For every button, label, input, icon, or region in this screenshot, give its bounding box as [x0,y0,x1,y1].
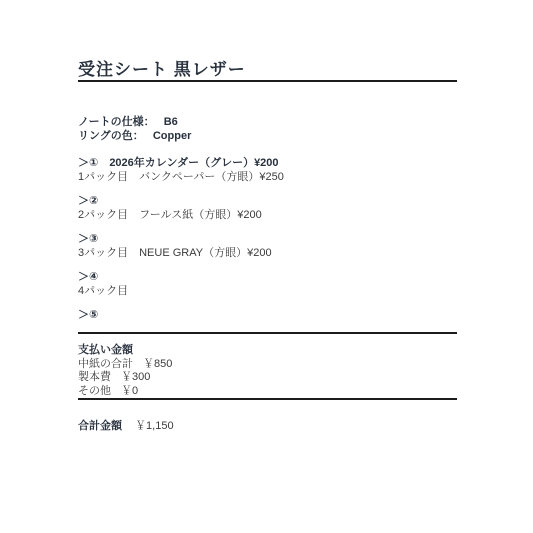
list-item: ＞② 2パック目 フールス紙（方眼）¥200 [78,194,457,222]
list-item: ＞① 2026年カレンダー（グレー）¥200 1パック目 バンクペーパー（方眼）… [78,156,457,184]
spec-notebook-line: ノートの仕様： B6 [78,115,457,129]
item-2-heading: ＞② [78,194,457,208]
payment-row-paper-total-value: ￥850 [143,358,172,370]
item-4-detail: 4パック目 [78,284,457,298]
payment-row-other: その他 ￥0 [78,385,457,399]
list-item: ＞④ 4パック目 [78,270,457,298]
payment-row-other-label: その他 [78,385,111,397]
payment-header: 支払い金額 [78,344,457,358]
total-label: 合計金額 [78,420,122,432]
item-1-detail: 1パック目 バンクペーパー（方眼）¥250 [78,170,457,184]
item-list: ＞① 2026年カレンダー（グレー）¥200 1パック目 バンクペーパー（方眼）… [78,156,457,322]
spec-notebook-label: ノートの仕様： [78,116,155,128]
spec-ring-value: Copper [153,130,192,142]
item-4-heading: ＞④ [78,270,457,284]
payment-row-binding-fee-value: ￥300 [121,371,150,383]
list-item: ＞⑤ [78,308,457,322]
item-1-heading: ＞① 2026年カレンダー（グレー）¥200 [78,156,457,170]
payment-row-binding-fee: 製本費 ￥300 [78,371,457,385]
order-sheet-content: 受注シート 黒レザー ノートの仕様： B6 リングの色： Copper ＞① 2… [0,0,533,433]
payment-row-paper-total: 中紙の合計 ￥850 [78,358,457,372]
payment-block: 支払い金額 中紙の合計 ￥850 製本費 ￥300 その他 ￥0 [78,344,457,398]
spec-ring-label: リングの色： [78,130,144,142]
item-3-detail: 3パック目 NEUE GRAY（方眼）¥200 [78,246,457,260]
payment-divider [78,332,457,334]
total-divider [78,398,457,400]
payment-row-other-value: ￥0 [121,385,138,397]
title-divider [78,80,457,82]
order-sheet-page: 受注シート 黒レザー ノートの仕様： B6 リングの色： Copper ＞① 2… [0,0,533,533]
page-title: 受注シート 黒レザー [78,59,457,80]
item-5-heading: ＞⑤ [78,308,457,322]
spec-block: ノートの仕様： B6 リングの色： Copper [78,115,457,143]
payment-row-binding-fee-label: 製本費 [78,371,111,383]
list-item: ＞③ 3パック目 NEUE GRAY（方眼）¥200 [78,232,457,260]
item-3-heading: ＞③ [78,232,457,246]
item-2-detail: 2パック目 フールス紙（方眼）¥200 [78,208,457,222]
spec-notebook-value: B6 [164,116,178,128]
payment-row-paper-total-label: 中紙の合計 [78,358,133,370]
spec-ring-line: リングの色： Copper [78,129,457,143]
total-value: ￥1,150 [135,420,174,432]
total-block: 合計金額 ￥1,150 [78,419,457,433]
